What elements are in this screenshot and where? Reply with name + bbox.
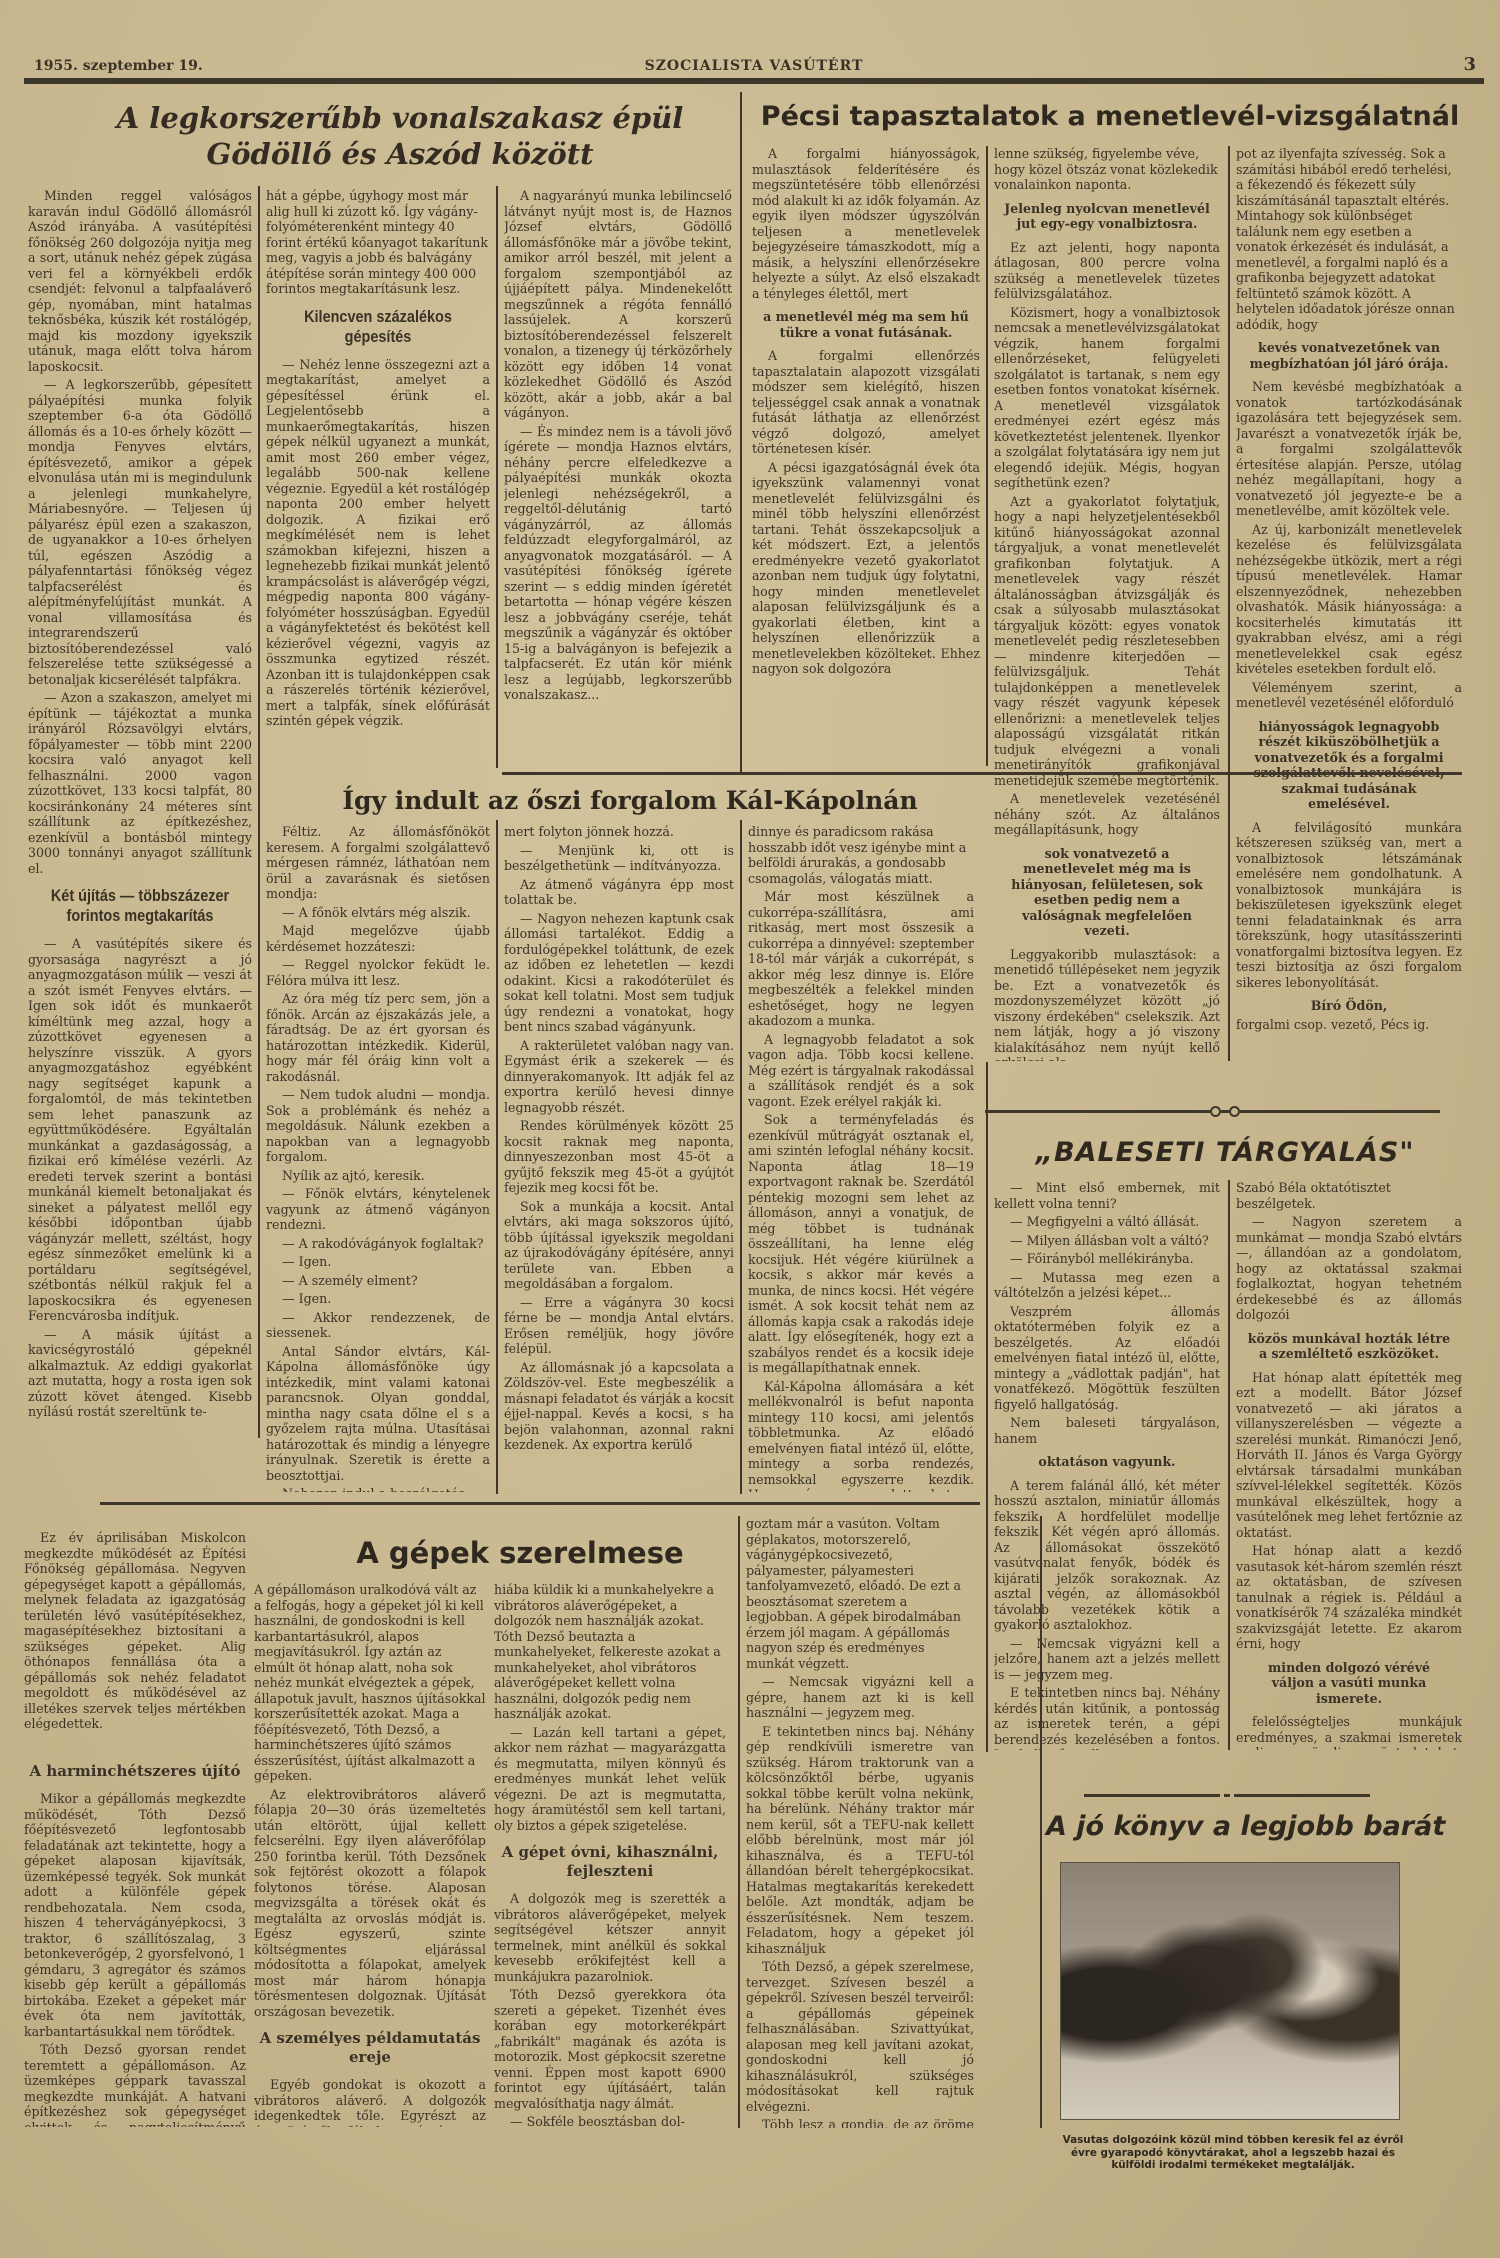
author-name: Bíró Ödön, [1236, 998, 1462, 1014]
column-rule [740, 820, 742, 1494]
ornament-line [985, 1110, 1210, 1113]
ornament-line [1224, 1794, 1230, 1797]
paragraph: A pécsi igazgatóságnál évek óta igyekszü… [752, 460, 980, 677]
author-role: forgalmi csop. vezető, Pécs ig. [1236, 1017, 1462, 1033]
highlight-text: minden dolgozó vérévé váljon a vasúti mu… [1246, 1660, 1452, 1707]
paragraph: — Nagyon nehezen kaptunk csak állomási t… [504, 911, 734, 1035]
article-title: Így indult az őszi forgalom Kál-Kápolnán [270, 785, 990, 817]
paragraph: Több lesz a gondja, de az öröme is. [746, 2117, 974, 2128]
paragraph: Tóth Dezső, a gépek szerelmese, tervezge… [746, 1959, 974, 2114]
paragraph: — A személy elment? [266, 1273, 490, 1289]
paragraph: Féltiz. Az állomásfőnököt keresem. A for… [266, 824, 490, 902]
paragraph: — Lazán kell tartani a gépet, akkor nem … [494, 1725, 726, 1834]
paragraph: Már most készülnek a cukorrépa-szállítás… [748, 889, 974, 1029]
paragraph: mert folyton jönnek hozzá. [504, 824, 734, 840]
paragraph: pot az ilyenfajta szívesség. Sok a számí… [1236, 146, 1462, 332]
paragraph: E tekintetben nincs baj. Néhány kérdés u… [994, 1685, 1220, 1750]
paragraph: A terem falánál álló, két méter hosszú a… [994, 1478, 1220, 1633]
paragraph: Nyílik az ajtó, keresik. [266, 1168, 490, 1184]
paragraph: Ez év áprilisában Miskolcon megkezdte mű… [24, 1530, 246, 1732]
article-column-3: hiába küldik ki a munkahelyekre a vibrát… [494, 1582, 726, 2127]
ornament-ring [1210, 1106, 1221, 1117]
article-column-1: Minden reggel valóságos karaván indul Gö… [28, 188, 252, 1438]
column-rule [496, 820, 498, 1494]
paragraph: A forgalmi hiányosságok, mulasztások fel… [752, 146, 980, 301]
paragraph: A menetlevelek vezetésénél néhány szót. … [994, 791, 1220, 838]
article-intro: Ez év áprilisában Miskolcon megkezdte mű… [24, 1530, 246, 1750]
paragraph: Nehezen indul a beszélgetés, [266, 1486, 490, 1492]
paragraph: Nem baleseti tárgyaláson, hanem [994, 1415, 1220, 1446]
paragraph: Egyéb gondokat is okozott a vibrátoros a… [254, 2077, 486, 2127]
highlight-text: közös munkával hozták létre a szemléltet… [1246, 1331, 1452, 1362]
paragraph: felelősségteljes munkájuk eredményes, a … [1236, 1714, 1462, 1750]
paragraph: hiába küldik ki a munkahelyekre a vibrát… [494, 1582, 726, 1722]
column-rule [1228, 1180, 1230, 1750]
column-rule [986, 146, 988, 766]
masthead: 1955. szeptember 19. SZOCIALISTA VASÚTÉR… [24, 0, 1484, 92]
article-column-1: A harminchétszeres újító Mikor a gépállo… [24, 1752, 246, 2127]
article-title: „BALESETI TÁRGYALÁS" [990, 1136, 1460, 1170]
paragraph: Ez azt jelenti, hogy naponta átlagosan, … [994, 240, 1220, 302]
paragraph: — Főirányból mellékirányba. [994, 1251, 1220, 1267]
title-line-2: Gödöllő és Aszód között [80, 136, 720, 172]
ornament-line [1221, 1110, 1229, 1113]
paragraph: — Mint első embernek, mit kellett volna … [994, 1180, 1220, 1211]
subheading: A harminchétszeres újító [28, 1762, 242, 1781]
paragraph: A felvilágosító munkára kétszeresen szük… [1236, 820, 1462, 991]
section-divider [502, 772, 1462, 775]
column-rule [738, 1516, 740, 2128]
article-column-3: A nagyarányú munka lebilincselő látványt… [504, 188, 732, 768]
article-column-1: — Mint első embernek, mit kellett volna … [994, 1180, 1220, 1750]
subheading: A gépet óvni, kihasználni, fejleszteni [498, 1843, 722, 1881]
highlight-text: Jelenleg nyolcvan menetlevél jut egy-egy… [1004, 201, 1210, 232]
article-title: A gépek szerelmese [300, 1535, 740, 1571]
column-rule [1228, 146, 1230, 1061]
paragraph: — A rakodóvágányok foglaltak? [266, 1236, 490, 1252]
paragraph: — Nehéz lenne összegezni azt a megtakarí… [266, 357, 490, 729]
paragraph: A forgalmi ellenőrzés tapasztalatain ala… [752, 348, 980, 457]
paragraph: A rakterületet valóban nagy van. Egymást… [504, 1038, 734, 1116]
article-column-2: lenne szükség, figyelembe véve, hogy köz… [994, 146, 1220, 1061]
subheading: Kilencven százalékos gépesítés [286, 307, 470, 347]
paragraph: Közismert, hogy a vonalbiztosok nemcsak … [994, 305, 1220, 491]
masthead-rule [24, 78, 1484, 84]
section-divider [740, 92, 742, 772]
paragraph: — Főnök elvtárs, kénytelenek vagyunk az … [266, 1186, 490, 1233]
paragraph: Szabó Béla oktatótisztet beszélgetek. [1236, 1180, 1462, 1211]
page-number: 3 [1463, 54, 1476, 75]
photo-caption: Vasutas dolgozóink közül mind többen ker… [1048, 2134, 1418, 2172]
paragraph: dinnye és paradicsom rakása hosszabb idő… [748, 824, 974, 886]
highlight-text: kevés vonatvezetőnek van megbízhatóan jó… [1246, 340, 1452, 371]
paragraph: — Erre a vágányra 30 kocsi férne be — mo… [504, 1295, 734, 1357]
newspaper-name: SZOCIALISTA VASÚTÉRT [24, 58, 1484, 74]
paragraph: Rendes körülmények között 25 kocsit rakn… [504, 1118, 734, 1196]
paragraph: — Megfigyelni a váltó állását. [994, 1214, 1220, 1230]
paragraph: — A főnök elvtárs még alszik. [266, 905, 490, 921]
column-rule [1040, 1516, 1042, 2128]
article-column-1: Féltiz. Az állomásfőnököt keresem. A for… [266, 824, 490, 1492]
ornament-line [1234, 1794, 1370, 1797]
paragraph: — Akkor rendezzenek, de siessenek. [266, 1310, 490, 1341]
paragraph: Azt a gyakorlatot folytatjuk, hogy a nap… [994, 494, 1220, 789]
paragraph: — Reggel nyolckor feküdt le. Félóra múlv… [266, 957, 490, 988]
paragraph: Kál-Kápolna állomására a két mellékvonal… [748, 1379, 974, 1493]
article-title: Pécsi tapasztalatok a menetlevél-vizsgál… [760, 100, 1460, 134]
column-rule [986, 1062, 988, 1752]
article-column-4: goztam már a vasúton. Voltam géplakatos,… [746, 1516, 974, 2128]
paragraph: — És mindez nem is a távoli jövő ígérete… [504, 424, 732, 703]
news-photo [1060, 1862, 1400, 2120]
paragraph: Tóth Dezső gyorsan rendet teremtett a gé… [24, 2042, 246, 2127]
ornament-ring [1229, 1106, 1240, 1117]
article-column-3: pot az ilyenfajta szívesség. Sok a számí… [1236, 146, 1462, 1066]
paragraph: — Igen. [266, 1254, 490, 1270]
article-title: A legkorszerűbb vonalszakasz épül Gödöll… [80, 100, 720, 172]
paragraph: — A vasútépítés sikere és gyorsasága nag… [28, 936, 252, 1324]
subheading: A személyes példamutatás ereje [258, 2029, 482, 2067]
highlight-text: oktatáson vagyunk. [1004, 1454, 1210, 1470]
paragraph: Az elektrovibrátoros aláverő fólapja 20—… [254, 1787, 486, 2020]
paragraph: E tekintetben nincs baj. Néhány gép rend… [746, 1724, 974, 1957]
paragraph: Hat hónap alatt építették meg ezt a mode… [1236, 1370, 1462, 1541]
paragraph: A gépállomáson uralkodóvá vált az a felf… [254, 1582, 486, 1784]
paragraph: Az új, karbonizált menetlevelek kezelése… [1236, 522, 1462, 677]
title-line-1: A legkorszerűbb vonalszakasz épül [80, 100, 720, 136]
paragraph: — Milyen állásban volt a váltó? [994, 1233, 1220, 1249]
paragraph: Mikor a gépállomás megkezdte működését, … [24, 1791, 246, 2039]
paragraph: Minden reggel valóságos karaván indul Gö… [28, 188, 252, 374]
paragraph: — Nem tudok aludni — mondja. Sok a probl… [266, 1087, 490, 1165]
paragraph: — A másik újítást a kavicségyrostáló gép… [28, 1327, 252, 1420]
paragraph: — Nemcsak vigyázni kell a gépre, hanem a… [746, 1674, 974, 1721]
article-column-2: A gépállomáson uralkodóvá vált az a felf… [254, 1582, 486, 2127]
paragraph: hát a gépbe, úgyhogy most már alig hull … [266, 188, 490, 297]
highlight-text: sok vonatvezető a menetlevelet még ma is… [1004, 846, 1210, 939]
paragraph: A legnagyobb feladatot a sok vagon adja.… [748, 1032, 974, 1110]
paragraph: — Azon a szakaszon, amelyet mi építünk —… [28, 690, 252, 876]
paragraph: Az óra még tíz perc sem, jön a főnök. Ar… [266, 991, 490, 1084]
paragraph: — Mutassa meg ezen a váltótelzőn a jelzé… [994, 1270, 1220, 1301]
paragraph: Az átmenő vágányra épp most tolattak be. [504, 877, 734, 908]
paragraph: Véleményem szerint, a menetlevél vezetés… [1236, 680, 1462, 711]
section-divider [100, 1502, 980, 1505]
paragraph: Hat hónap alatt a kezdő vasutasok két-há… [1236, 1543, 1462, 1652]
paragraph: Antal Sándor elvtárs, Kál-Kápolna állomá… [266, 1344, 490, 1484]
paragraph: — Sokféle beosztásban dol- [494, 2114, 726, 2127]
paragraph: Leggyakoribb mulasztások: a menetidő túl… [994, 947, 1220, 1062]
paragraph: Az állomásnak jó a kapcsolata a Zöldszöv… [504, 1360, 734, 1453]
article-title: A jó könyv a legjobb barát [1046, 1810, 1466, 1844]
article-column-2: hát a gépbe, úgyhogy most már alig hull … [266, 188, 490, 768]
paragraph: Sok a munkája a kocsit. Antal elvtárs, a… [504, 1199, 734, 1292]
article-column-2: Szabó Béla oktatótisztet beszélgetek. — … [1236, 1180, 1462, 1750]
paragraph: — Nemcsak vigyázni kell a jelzőre, hanem… [994, 1636, 1220, 1683]
column-rule [258, 186, 260, 1438]
ornament-divider [1084, 1794, 1370, 1797]
subheading: Két újítás — többszázezer forintos megta… [48, 886, 232, 926]
paragraph: — A legkorszerűbb, gépesített pályaépíté… [28, 377, 252, 687]
highlight-text: a menetlevél még ma sem hű tükre a vonat… [762, 309, 970, 340]
paragraph: Tóth Dezső gyerekkora óta szereti a gépe… [494, 1987, 726, 2111]
column-rule [496, 186, 498, 768]
article-column-2: mert folyton jönnek hozzá. — Menjünk ki,… [504, 824, 734, 1492]
paragraph: Veszprém állomás oktatótermében folyik e… [994, 1304, 1220, 1413]
paragraph: Sok a terményfeladás és ezenkívül műtrág… [748, 1112, 974, 1376]
paragraph: — Menjünk ki, ott is beszélgethetünk — i… [504, 843, 734, 874]
paragraph: Nem kevésbé megbízhatóak a vonatok tartó… [1236, 379, 1462, 519]
ornament-line [1084, 1794, 1220, 1797]
paragraph: A nagyarányú munka lebilincselő látványt… [504, 188, 732, 421]
paragraph: — Nagyon szeretem a munkámat — mondja Sz… [1236, 1214, 1462, 1323]
article-column-3: dinnye és paradicsom rakása hosszabb idő… [748, 824, 974, 1492]
highlight-text: hiányosságok legnagyobb részét kiküszöbö… [1246, 719, 1452, 812]
paragraph: Majd megelőzve újabb kérdésemet hozzátes… [266, 923, 490, 954]
paragraph: — Igen. [266, 1291, 490, 1307]
paragraph: A dolgozók meg is szerették a vibrátoros… [494, 1891, 726, 1984]
ornament-line [1240, 1110, 1440, 1113]
paragraph: lenne szükség, figyelembe véve, hogy köz… [994, 146, 1220, 193]
ornament-divider [985, 1106, 1440, 1117]
paragraph: goztam már a vasúton. Voltam géplakatos,… [746, 1516, 974, 1671]
